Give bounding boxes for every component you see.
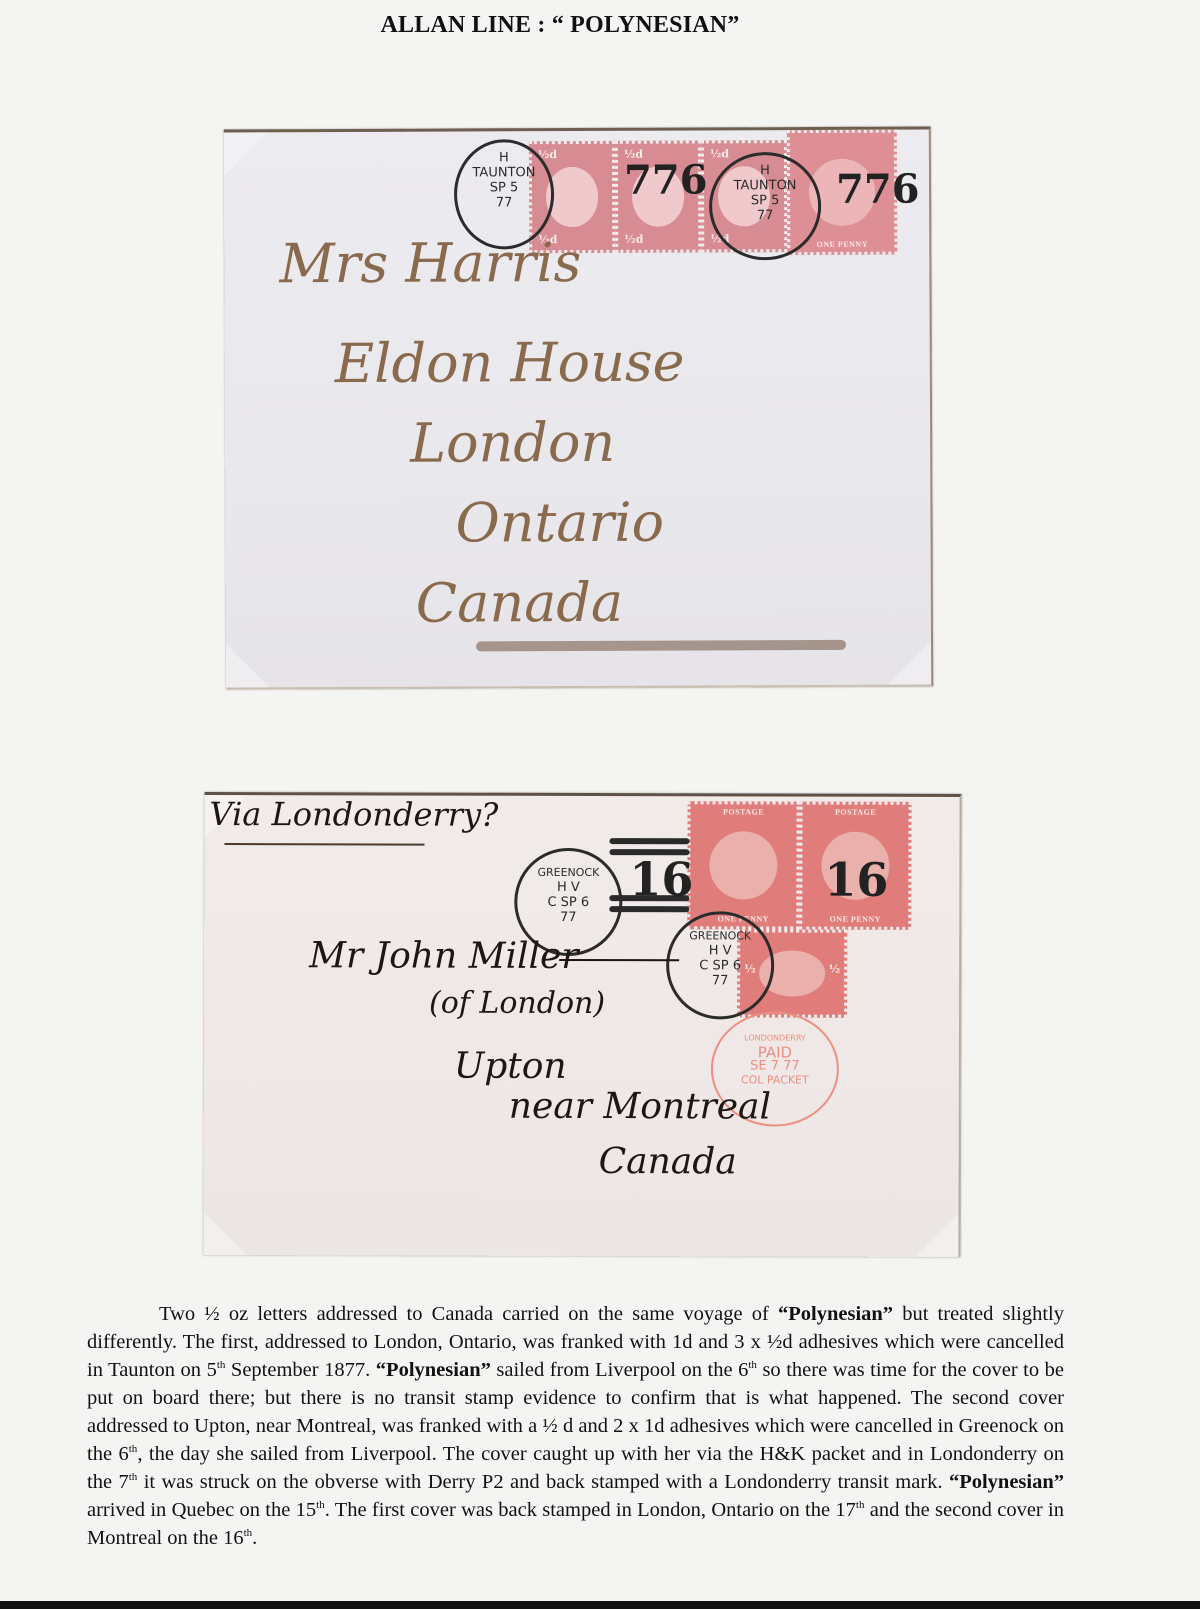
ink-smear (476, 640, 846, 652)
address-line: Mr John Miller (309, 935, 578, 977)
greenock-datestamp: GREENOCK H V C SP 6 77 (666, 911, 774, 1019)
address-line: near Montreal (509, 1086, 771, 1128)
route-endorsement: Via Londonderry? (210, 795, 499, 834)
address-line: London (410, 411, 615, 475)
address-line: Canada (416, 571, 624, 635)
envelope-fold (224, 126, 302, 210)
endorsement-underline (224, 843, 424, 846)
address-line: Ontario (455, 491, 664, 555)
duplex-numeral: 16 (824, 857, 888, 903)
duplex-numeral: 776 (624, 160, 708, 200)
cover-taunton: ½d ½d ½d ½d ½d ½d ONE PENNY H TAUNTON SP… (224, 126, 933, 689)
address-line: Mrs Harris (279, 231, 581, 295)
duplex-numeral: 776 (836, 170, 920, 210)
duplex-numeral: 16 (629, 856, 693, 902)
envelope-fold (224, 610, 305, 690)
cover-description: Two ½ oz letters addressed to Canada car… (87, 1300, 1064, 1552)
cover-greenock: Via Londonderry? POSTAGE ONE PENNY POSTA… (203, 792, 961, 1257)
envelope-fold (880, 1179, 961, 1257)
taunton-datestamp: H TAUNTON SP 5 77 (709, 152, 821, 260)
address-line: Canada (599, 1141, 737, 1182)
scan-edge (0, 1601, 1200, 1609)
address-line: Upton (454, 1046, 567, 1087)
address-line: (of London) (429, 986, 605, 1021)
stamp-penny-red: POSTAGE ONE PENNY (687, 801, 799, 929)
envelope-fold (853, 606, 933, 689)
album-page: ALLAN LINE : “ POLYNESIAN” ½d ½d ½d ½d ½… (0, 0, 1200, 1601)
envelope-fold (203, 1177, 281, 1257)
page-title: ALLAN LINE : “ POLYNESIAN” (0, 12, 1120, 39)
address-line: Eldon House (335, 331, 685, 396)
address-underline (559, 959, 679, 961)
